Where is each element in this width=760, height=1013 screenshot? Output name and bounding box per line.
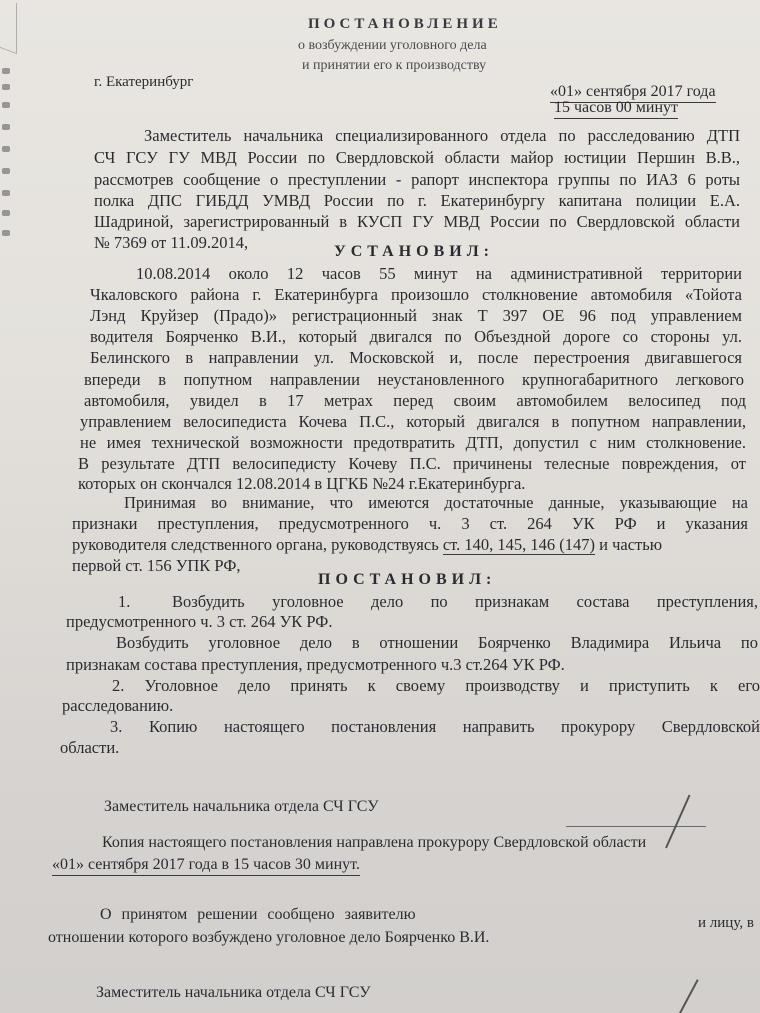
- resolved-line: Возбудить уголовное дело в отношении Боя…: [116, 633, 758, 653]
- signature-mark: [665, 795, 690, 849]
- established-line: Лэнд Круйзер (Прадо)» регистрационный зн…: [90, 306, 742, 326]
- intro-line: СЧ ГСУ ГУ МВД России по Свердловской обл…: [94, 148, 740, 168]
- left-page-edge: [0, 0, 14, 330]
- copy-note-date: «01» сентября 2017 года в 15 часов 30 ми…: [52, 855, 360, 876]
- intro-line: полка ДПС ГИБДД УМВД России по г. Екатер…: [94, 191, 740, 211]
- resolved-line: 2. Уголовное дело принять к своему произ…: [112, 676, 760, 696]
- document-time: 15 часов 00 минут: [554, 98, 678, 119]
- intro-line: Заместитель начальника специализированно…: [144, 126, 740, 146]
- resolved-line: признакам состава преступления, предусмо…: [66, 655, 565, 675]
- established-line: автомобиля, увидел в 17 метрах перед сво…: [84, 391, 746, 411]
- considering-line: руководителя следственного органа, руков…: [72, 535, 662, 555]
- established-line: которых он скончался 12.08.2014 в ЦГКБ №…: [78, 474, 525, 494]
- resolved-line: предусмотренного ч. 3 ст. 264 УК РФ.: [66, 612, 332, 632]
- section-heading-established: УСТАНОВИЛ:: [334, 242, 494, 262]
- signature-title: Заместитель начальника отдела СЧ ГСУ: [96, 983, 371, 1003]
- notice-line: О принятом решении сообщено заявителю: [100, 905, 416, 925]
- established-line: Белинского в направлении ул. Московской …: [90, 348, 742, 368]
- section-heading-resolved: ПОСТАНОВИЛ:: [318, 570, 496, 590]
- intro-line: Шадриной, зарегистрированный в КУСП ГУ М…: [94, 212, 740, 232]
- document-subtitle: о возбуждении уголовного дела: [298, 36, 487, 56]
- established-line: 10.08.2014 около 12 часов 55 минут на ад…: [136, 264, 742, 284]
- resolved-line: области.: [60, 738, 119, 758]
- intro-line: № 7369 от 11.09.2014,: [94, 233, 248, 253]
- intro-line: рассмотрев сообщение о преступлении - ра…: [94, 170, 740, 190]
- copy-note-line: Копия настоящего постановления направлен…: [102, 833, 646, 853]
- resolved-line: 3. Копию настоящего постановления направ…: [110, 717, 760, 737]
- resolved-item-number: 1.: [118, 592, 130, 612]
- established-line: В результате ДТП велосипедисту Кочеву П.…: [78, 454, 746, 474]
- document-page: ПОСТАНОВЛЕНИЕ о возбуждении уголовного д…: [0, 0, 760, 1013]
- articles-reference: ст. 140, 145, 146 (147): [443, 535, 595, 555]
- considering-line: признаки преступления, предусмотренного …: [72, 514, 748, 534]
- document-title: ПОСТАНОВЛЕНИЕ: [308, 14, 502, 34]
- established-line: впереди в попутном направлении неустанов…: [84, 370, 744, 390]
- notice-line-end: и лицу, в: [698, 913, 754, 933]
- notice-line: отношении которого возбуждено уголовное …: [48, 928, 489, 948]
- resolved-line: расследованию.: [62, 696, 173, 716]
- signature-title: Заместитель начальника отдела СЧ ГСУ: [104, 797, 379, 817]
- established-line: водителя Боярченко В.И., который двигалс…: [90, 327, 742, 347]
- established-line: Чкаловского района г. Екатеринбурга прои…: [90, 285, 742, 305]
- resolved-line: Возбудить уголовное дело по признакам со…: [172, 592, 758, 612]
- considering-line: первой ст. 156 УПК РФ,: [72, 556, 241, 576]
- document-subtitle: и принятии его к производству: [302, 56, 486, 76]
- signature-line: [566, 826, 706, 827]
- established-line: управлением велосипедиста Кочева П.С., к…: [80, 412, 746, 432]
- signature-mark: [678, 979, 699, 1013]
- considering-line: Принимая во внимание, что имеются достат…: [124, 493, 748, 513]
- city: г. Екатеринбург: [94, 72, 193, 92]
- established-line: не имея технической возможности предотвр…: [80, 433, 746, 453]
